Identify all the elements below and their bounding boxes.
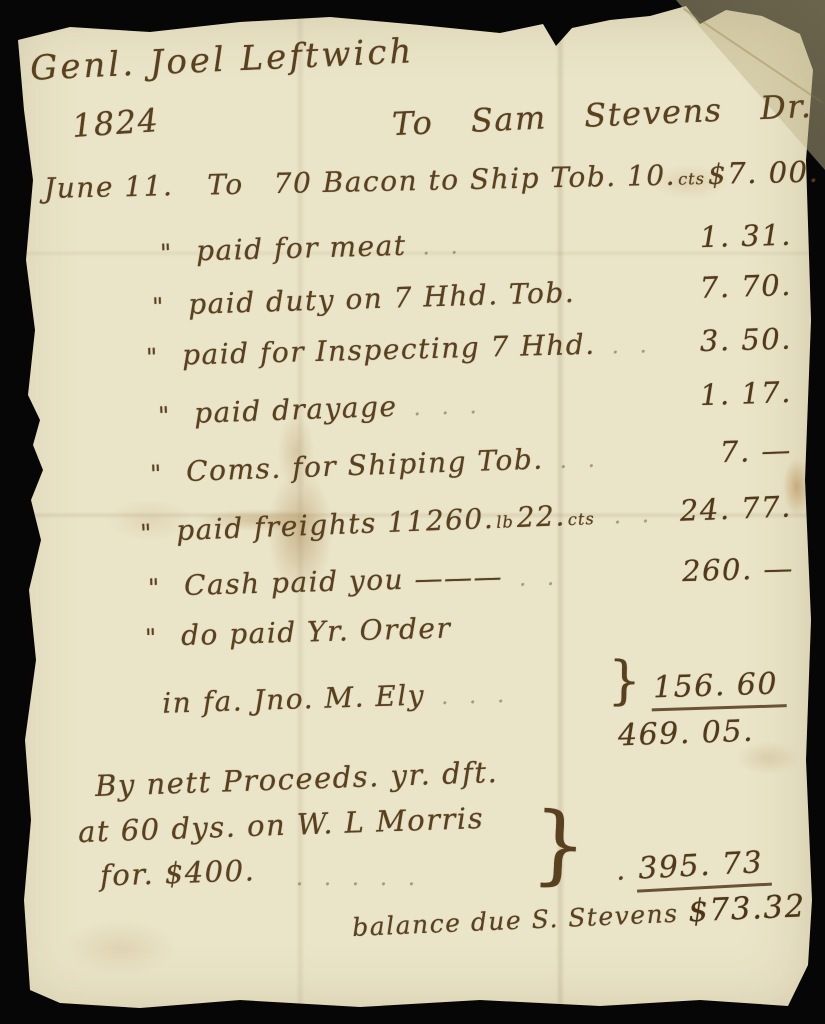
entry-description: 70 Bacon to Ship Tob. 10. bbox=[273, 159, 676, 200]
entry-amount: 7. — bbox=[719, 433, 792, 469]
entry-amount: 1. 17. bbox=[699, 375, 792, 412]
entry-date: June 11. bbox=[44, 169, 174, 205]
ditto-mark: " bbox=[150, 459, 187, 488]
dot-leader: . . bbox=[611, 333, 654, 359]
ditto-mark: " bbox=[148, 573, 185, 602]
balance-amount: $73.32 bbox=[688, 888, 807, 929]
subtotal-amount: 469. 05. bbox=[617, 714, 754, 754]
entry-amount: 7. 00. bbox=[727, 155, 820, 191]
entry-amount: 7. 70. bbox=[699, 268, 792, 305]
dot-leader: . . . bbox=[441, 683, 512, 710]
photograph-background: Genl. Joel Leftwich 1824 To Sam Stevens … bbox=[0, 0, 825, 1024]
entry-amount: 156. 60 bbox=[651, 666, 787, 711]
entry-amount: 3. 50. bbox=[699, 322, 792, 358]
table-row: " paid duty on 7 Hhd. Tob. 7. 70. bbox=[152, 268, 793, 322]
entry-description: paid duty on 7 Hhd. Tob. bbox=[188, 276, 576, 321]
credit-amount: 395. 73 bbox=[635, 845, 772, 893]
table-row: June 11. To 70 Bacon to Ship Tob. 10. ct… bbox=[44, 155, 797, 205]
entry-description: paid drayage bbox=[194, 390, 398, 430]
credit-line-3: for. $400. bbox=[99, 853, 255, 892]
entry-amount: 1. 31. bbox=[699, 218, 792, 254]
bracket-glyph: } bbox=[608, 655, 644, 708]
ditto-mark: " bbox=[145, 623, 182, 652]
table-row: " paid for meat . . 1. 31. bbox=[160, 218, 793, 269]
entry-amount: 260. — bbox=[682, 551, 795, 588]
table-row: " Cash paid you ——— . . 260. — bbox=[148, 551, 795, 603]
dot-leader: . . . bbox=[413, 394, 484, 421]
ledger-document: Genl. Joel Leftwich 1824 To Sam Stevens … bbox=[0, 0, 825, 1024]
entry-description: in fa. Jno. M. Ely bbox=[162, 679, 426, 720]
ditto-mark: " bbox=[158, 401, 195, 430]
credit-amount-row: . 395. 73 bbox=[615, 843, 797, 893]
entry-prefix: To bbox=[207, 168, 244, 202]
amount-prefix-dot: . bbox=[615, 853, 627, 886]
dot-leader: . . bbox=[559, 447, 602, 473]
entry-description: Cash paid you ——— bbox=[184, 560, 504, 602]
credit-line-2: at 60 dys. on W. L Morris bbox=[78, 801, 485, 849]
addressee-line: Genl. Joel Leftwich bbox=[29, 31, 415, 88]
table-row: " paid for Inspecting 7 Hhd. . . 3. 50. bbox=[146, 322, 793, 373]
dot-leader: . . . . . bbox=[296, 866, 422, 891]
credit-line-1: By nett Proceeds. yr. dft. bbox=[95, 755, 499, 803]
entry-description: do paid Yr. Order bbox=[181, 611, 452, 652]
dot-leader: . . bbox=[422, 234, 465, 260]
entry-superscript: lb bbox=[496, 512, 514, 532]
entry-description: paid freights 11260. bbox=[176, 502, 495, 547]
table-row: " paid freights 11260. lb 22. cts . . 24… bbox=[140, 489, 793, 548]
entry-amount: 24. 77. bbox=[679, 489, 792, 527]
balance-label: balance due S. Stevens bbox=[352, 899, 679, 942]
entry-description: paid for Inspecting 7 Hhd. bbox=[182, 328, 596, 372]
dot-leader: . . bbox=[613, 503, 656, 530]
dot-leader: . . bbox=[519, 565, 562, 591]
ditto-mark: " bbox=[146, 343, 183, 372]
year-label: 1824 bbox=[71, 101, 161, 145]
entry-description: 22. bbox=[516, 499, 566, 534]
entry-superscript: cts bbox=[567, 509, 595, 529]
bracket-glyph: } bbox=[530, 801, 591, 890]
table-row: " paid drayage . . . 1. 17. bbox=[158, 375, 793, 431]
balance-line: balance due S. Stevens $73.32 bbox=[351, 888, 812, 944]
account-heading: To Sam Stevens Dr. bbox=[391, 87, 813, 143]
ditto-mark: " bbox=[140, 518, 177, 547]
entry-superscript: cts bbox=[678, 169, 705, 189]
table-row: " Coms. for Shiping Tob. . . 7. — bbox=[150, 433, 793, 489]
table-row: " do paid Yr. Order bbox=[145, 608, 576, 653]
entry-description: Coms. for Shiping Tob. bbox=[186, 442, 545, 487]
entry-description: paid for meat bbox=[196, 229, 407, 267]
ditto-mark: " bbox=[152, 292, 189, 321]
currency-sign: $ bbox=[708, 158, 728, 191]
ditto-mark: " bbox=[160, 238, 197, 267]
